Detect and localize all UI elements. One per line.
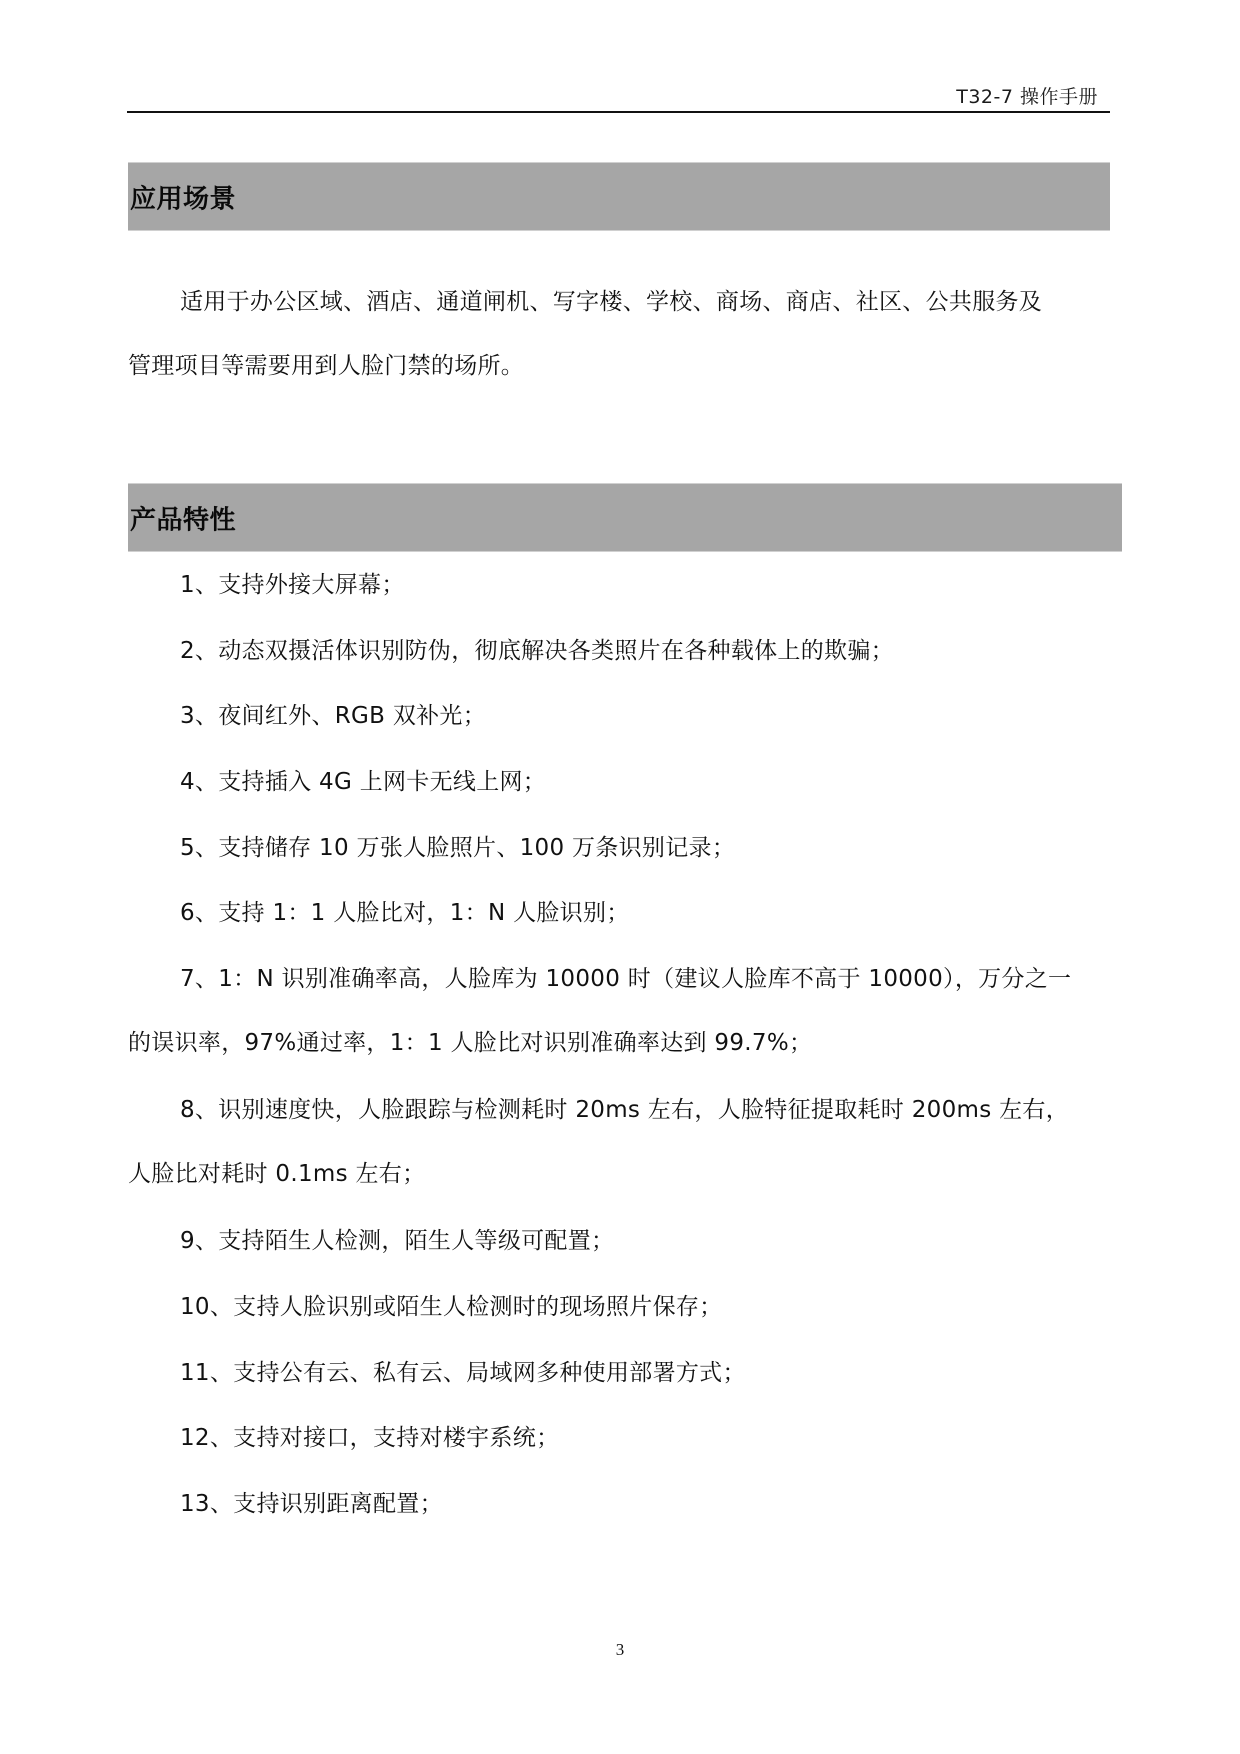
paragraph-line-text: 适用于办公区域、酒店、通道闸机、写字楼、学校、商场、商店、社区、公共服务及 [180, 289, 1042, 315]
paragraph-line: 适用于办公区域、酒店、通道闸机、写字楼、学校、商场、商店、社区、公共服务及 [128, 270, 1118, 334]
feature-item-5: 5、支持储存 10 万张人脸照片、100 万条识别记录； [128, 816, 1123, 880]
feature-item-9: 9、支持陌生人检测，陌生人等级可配置； [128, 1209, 1123, 1273]
header-divider [127, 111, 1110, 113]
feature-text: 10、支持人脸识别或陌生人检测时的现场照片保存； [180, 1294, 722, 1320]
section-title: 产品特性 [130, 499, 236, 536]
feature-text: 3、夜间红外、RGB 双补光； [180, 703, 486, 729]
document-title: T32-7 操作手册 [956, 82, 1098, 109]
paragraph-line-text: 管理项目等需要用到人脸门禁的场所。 [128, 353, 524, 379]
feature-text: 13、支持识别距离配置； [180, 1491, 443, 1517]
feature-item-6: 6、支持 1：1 人脸比对，1：N 人脸识别； [128, 881, 1123, 945]
section-title: 应用场景 [130, 178, 236, 215]
feature-item-1: 1、支持外接大屏幕； [128, 553, 1123, 617]
feature-item-3: 3、夜间红外、RGB 双补光； [128, 684, 1123, 748]
feature-item-13: 13、支持识别距离配置； [128, 1472, 1123, 1536]
feature-item-2: 2、动态双摄活体识别防伪，彻底解决各类照片在各种载体上的欺骗； [128, 619, 1123, 683]
feature-text: 1、支持外接大屏幕； [180, 572, 405, 598]
feature-item-10: 10、支持人脸识别或陌生人检测时的现场照片保存； [128, 1275, 1123, 1339]
feature-text-continued: 人脸比对耗时 0.1ms 左右； [128, 1161, 425, 1187]
paragraph-line: 管理项目等需要用到人脸门禁的场所。 [128, 334, 1118, 398]
page-header: T32-7 操作手册 [127, 80, 1110, 112]
feature-text: 4、支持插入 4G 上网卡无线上网； [180, 769, 546, 795]
section-heading-features: 产品特性 [128, 483, 1122, 552]
feature-item-11: 11、支持公有云、私有云、局域网多种使用部署方式； [128, 1341, 1123, 1405]
feature-item-7: 7、1：N 识别准确率高，人脸库为 10000 时（建议人脸库不高于 10000… [128, 947, 1123, 1075]
feature-text: 7、1：N 识别准确率高，人脸库为 10000 时（建议人脸库不高于 10000… [180, 966, 1071, 992]
feature-text: 12、支持对接口，支持对楼宇系统； [180, 1425, 559, 1451]
page-number: 3 [0, 1640, 1240, 1660]
section-heading-scenario: 应用场景 [128, 162, 1110, 231]
feature-text-continued: 的误识率，97%通过率，1：1 人脸比对识别准确率达到 99.7%； [128, 1030, 812, 1056]
feature-item-4: 4、支持插入 4G 上网卡无线上网； [128, 750, 1123, 814]
feature-item-8: 8、识别速度快，人脸跟踪与检测耗时 20ms 左右，人脸特征提取耗时 200ms… [128, 1078, 1123, 1206]
feature-text: 6、支持 1：1 人脸比对，1：N 人脸识别； [180, 900, 630, 926]
feature-text: 8、识别速度快，人脸跟踪与检测耗时 20ms 左右，人脸特征提取耗时 200ms… [180, 1097, 1069, 1123]
feature-text: 2、动态双摄活体识别防伪，彻底解决各类照片在各种载体上的欺骗； [180, 638, 894, 664]
scenario-paragraph: 适用于办公区域、酒店、通道闸机、写字楼、学校、商场、商店、社区、公共服务及 管理… [128, 270, 1118, 398]
feature-text: 9、支持陌生人检测，陌生人等级可配置； [180, 1228, 614, 1254]
feature-text: 5、支持储存 10 万张人脸照片、100 万条识别记录； [180, 835, 735, 861]
feature-item-12: 12、支持对接口，支持对楼宇系统； [128, 1406, 1123, 1470]
feature-text: 11、支持公有云、私有云、局域网多种使用部署方式； [180, 1360, 746, 1386]
